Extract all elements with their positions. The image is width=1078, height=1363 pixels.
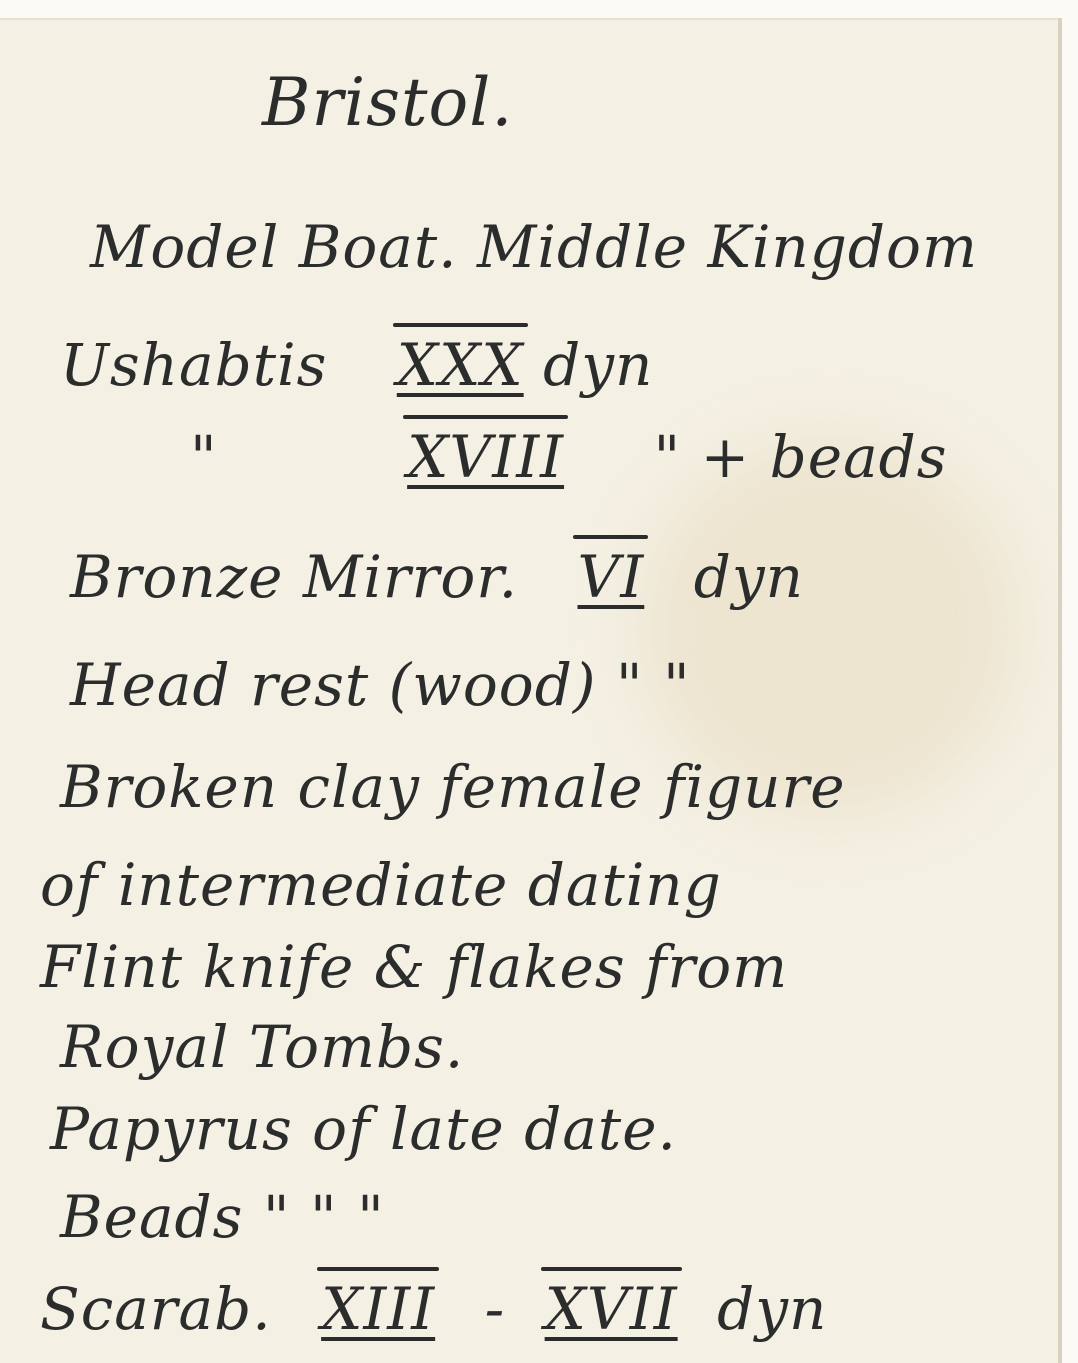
note-line-ushabtis-xviii: " XVIII " + beads: [190, 428, 948, 486]
note-line-scarab: Scarab. XIII - XVII dyn: [40, 1280, 827, 1338]
note-line-model-boat: Model Boat. Middle Kingdom: [90, 218, 978, 276]
card-right-edge: [1062, 0, 1078, 1363]
dynasty-numeral-start: XIII: [321, 1275, 435, 1343]
ditto-beads: " + beads: [653, 423, 947, 491]
note-line-intermediate: of intermediate dating: [40, 856, 722, 914]
note-line-ushabtis: Ushabtis XXX dyn: [60, 336, 653, 394]
note-line-papyrus: Papyrus of late date.: [50, 1100, 677, 1158]
note-line-head-rest: Head rest (wood) " ": [70, 656, 691, 714]
card-top-edge: [0, 0, 1078, 18]
ditto-mark: ": [190, 423, 218, 491]
dynasty-numeral: XXX: [397, 331, 524, 399]
dynasty-suffix: dyn: [694, 543, 804, 611]
item-label: Scarab.: [40, 1275, 272, 1343]
dynasty-suffix: dyn: [543, 331, 653, 399]
dynasty-suffix: dyn: [717, 1275, 827, 1343]
note-line-bronze-mirror: Bronze Mirror. VI dyn: [70, 548, 804, 606]
note-line-flint-knife: Flint knife & flakes from: [40, 938, 788, 996]
range-dash: -: [485, 1275, 506, 1343]
handwritten-note-card: Bristol. Model Boat. Middle Kingdom Usha…: [0, 18, 1062, 1363]
dynasty-numeral: VI: [577, 543, 644, 611]
note-line-royal-tombs: Royal Tombs.: [60, 1018, 464, 1076]
note-line-broken-clay: Broken clay female figure: [60, 758, 846, 816]
dynasty-numeral: XVIII: [407, 423, 564, 491]
item-label: Ushabtis: [60, 331, 327, 399]
dynasty-numeral-end: XVII: [545, 1275, 678, 1343]
item-label: Bronze Mirror.: [70, 543, 518, 611]
document-title: Bristol.: [262, 70, 513, 136]
note-line-beads: Beads " " ": [60, 1188, 385, 1246]
